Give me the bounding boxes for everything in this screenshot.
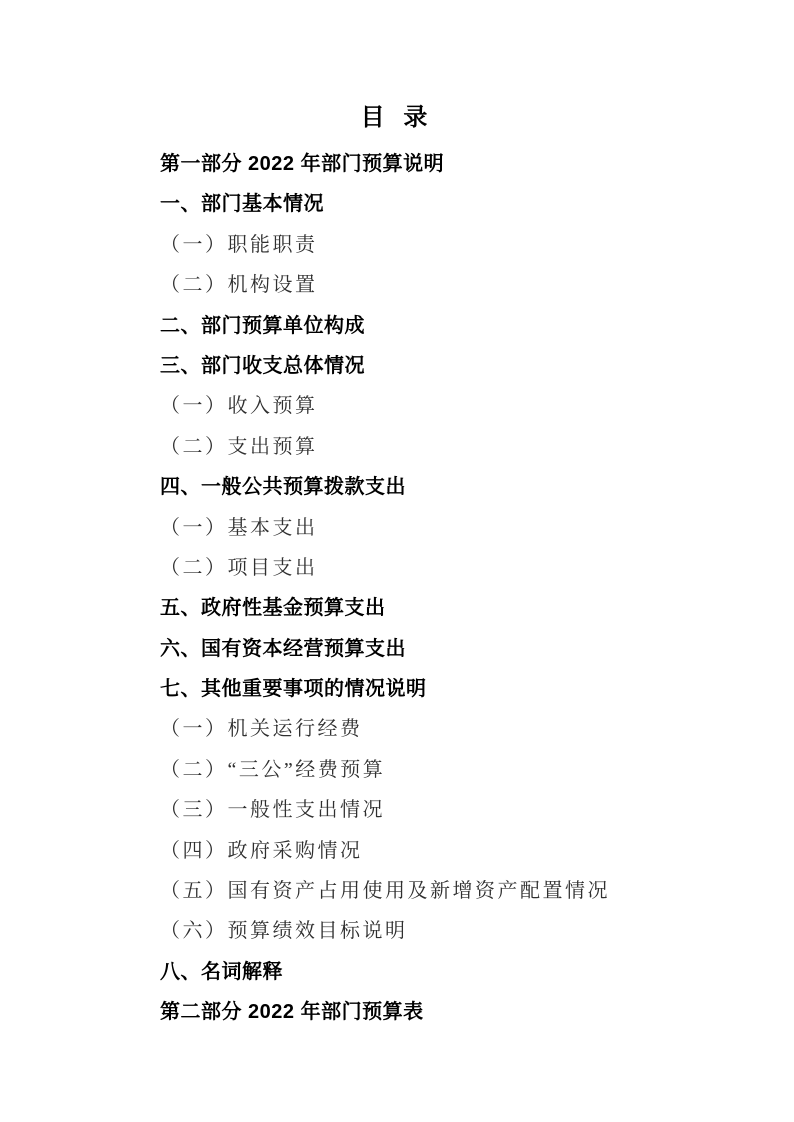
toc-item-7: （一）收入预算 — [160, 386, 674, 426]
toc-item-16: （二）“三公”经费预算 — [160, 750, 674, 790]
toc-item-15: （一）机关运行经费 — [160, 709, 674, 749]
toc-item-13: 六、国有资本经营预算支出 — [160, 629, 674, 669]
toc-content: 目 录 第一部分 2022 年部门预算说明一、部门基本情况（一）职能职责（二）机… — [160, 92, 674, 1033]
toc-item-22: 第二部分 2022 年部门预算表 — [160, 992, 674, 1032]
toc-item-20: （六）预算绩效目标说明 — [160, 911, 674, 951]
toc-item-12: 五、政府性基金预算支出 — [160, 588, 674, 628]
toc-item-10: （一）基本支出 — [160, 508, 674, 548]
toc-item-9: 四、一般公共预算拨款支出 — [160, 467, 674, 507]
toc-item-11: （二）项目支出 — [160, 548, 674, 588]
toc-list: 第一部分 2022 年部门预算说明一、部门基本情况（一）职能职责（二）机构设置二… — [160, 144, 674, 1033]
toc-item-18: （四）政府采购情况 — [160, 831, 674, 871]
toc-item-1: 第一部分 2022 年部门预算说明 — [160, 144, 674, 184]
toc-item-19: （五）国有资产占用使用及新增资产配置情况 — [160, 871, 674, 911]
toc-item-14: 七、其他重要事项的情况说明 — [160, 669, 674, 709]
toc-item-4: （二）机构设置 — [160, 265, 674, 305]
toc-item-2: 一、部门基本情况 — [160, 184, 674, 224]
toc-item-5: 二、部门预算单位构成 — [160, 306, 674, 346]
toc-item-21: 八、名词解释 — [160, 952, 674, 992]
document-page: 目 录 第一部分 2022 年部门预算说明一、部门基本情况（一）职能职责（二）机… — [0, 0, 794, 1122]
toc-item-8: （二）支出预算 — [160, 427, 674, 467]
page-title: 目 录 — [120, 92, 674, 144]
toc-item-17: （三）一般性支出情况 — [160, 790, 674, 830]
toc-item-6: 三、部门收支总体情况 — [160, 346, 674, 386]
toc-item-3: （一）职能职责 — [160, 225, 674, 265]
